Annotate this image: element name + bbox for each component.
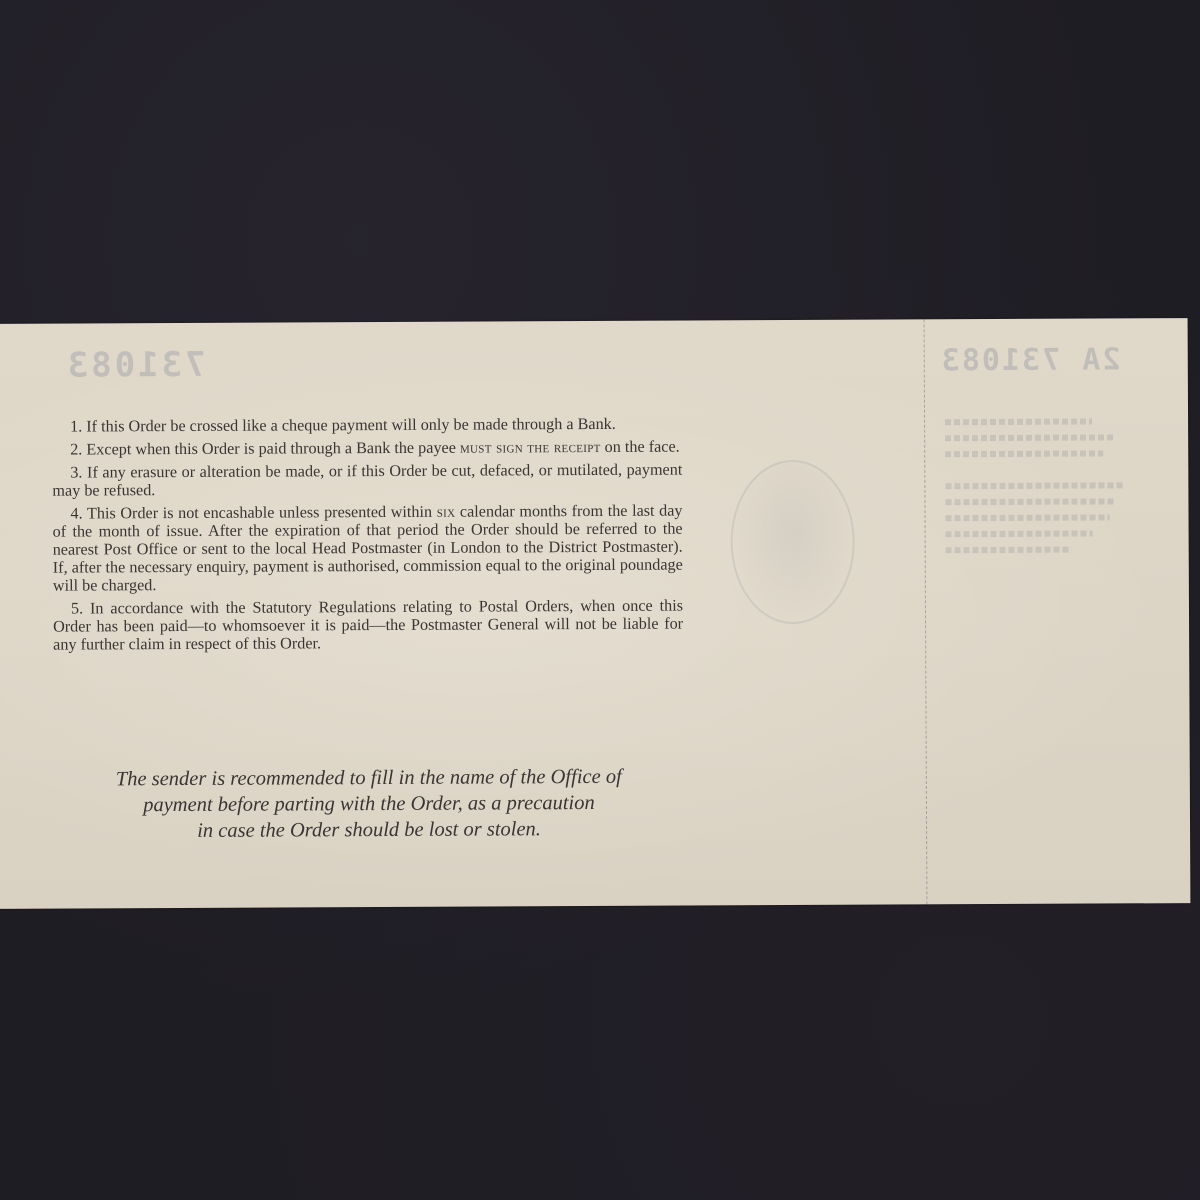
condition-text: In accordance with the Statutory Regulat… [53, 597, 683, 654]
sender-recommendation: The sender is recommended to fill in the… [54, 764, 684, 845]
show-through-stub-text [945, 408, 1156, 563]
condition-text: If any erasure or alteration be made, or… [52, 461, 682, 500]
show-through-portrait-oval [730, 460, 855, 625]
condition-number: 4. [70, 504, 82, 522]
condition-text: on the face. [605, 438, 680, 456]
show-through-serial-stub: 2A 731083 [940, 342, 1121, 378]
condition-number: 1. [70, 417, 82, 435]
condition-text: Except when this Order is paid through a… [86, 439, 456, 459]
recommendation-line: The sender is recommended to fill in the… [54, 764, 684, 793]
condition-emphasis: SIX [437, 503, 456, 521]
condition-number: 2. [70, 440, 82, 458]
condition-number: 5. [71, 599, 83, 617]
recommendation-line: payment before parting with the Order, a… [54, 790, 684, 819]
condition-text: This Order is not encashable unless pres… [87, 503, 432, 523]
counterfoil-perforation [924, 319, 928, 904]
postal-order-reverse: 731083 2A 731083 1. If this Order be cro… [0, 318, 1190, 909]
condition-4: 4. This Order is not encashable unless p… [52, 502, 682, 595]
condition-number: 3. [70, 463, 82, 481]
recommendation-line: in case the Order should be lost or stol… [54, 816, 684, 845]
show-through-serial-main: 731083 [65, 345, 206, 386]
conditions-list: 1. If this Order be crossed like a chequ… [52, 415, 683, 659]
condition-text: If this Order be crossed like a cheque p… [86, 415, 616, 436]
condition-5: 5. In accordance with the Statutory Regu… [53, 597, 683, 654]
condition-1: 1. If this Order be crossed like a chequ… [52, 415, 682, 436]
condition-emphasis: MUST SIGN THE RECEIPT [460, 438, 601, 457]
condition-3: 3. If any erasure or alteration be made,… [52, 461, 682, 500]
condition-2: 2. Except when this Order is paid throug… [52, 438, 682, 459]
